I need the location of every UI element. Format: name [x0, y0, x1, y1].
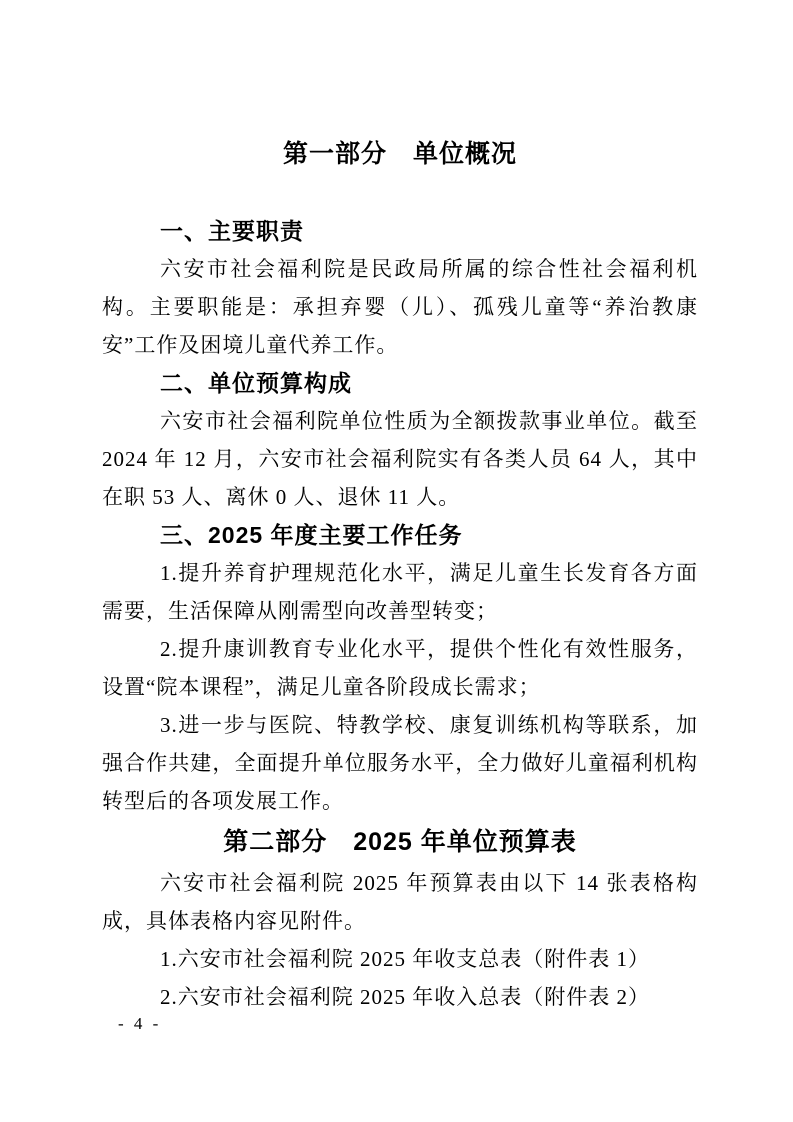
page-number: - 4 - [118, 1014, 161, 1034]
table-list-item-1: 1.六安市社会福利院 2025 年收支总表（附件表 1） [102, 940, 698, 978]
page-content: 第一部分 单位概况 一、主要职责 六安市社会福利院是民政局所属的综合性社会福利机… [102, 138, 698, 1016]
paragraph-task-1: 1.提升养育护理规范化水平，满足儿童生长发育各方面需要，生活保障从刚需型向改善型… [102, 554, 698, 630]
paragraph-main-duties: 六安市社会福利院是民政局所属的综合性社会福利机构。主要职能是：承担弃婴（儿）、孤… [102, 250, 698, 364]
section-heading-2025-tasks: 三、2025 年度主要工作任务 [102, 516, 698, 554]
part2-title: 第二部分 2025 年单位预算表 [102, 820, 698, 864]
paragraph-task-3: 3.进一步与医院、特教学校、康复训练机构等联系，加强合作共建，全面提升单位服务水… [102, 706, 698, 820]
table-list-item-2: 2.六安市社会福利院 2025 年收入总表（附件表 2） [102, 978, 698, 1016]
section-heading-budget-composition: 二、单位预算构成 [102, 364, 698, 402]
part1-title: 第一部分 单位概况 [102, 138, 698, 170]
paragraph-budget-composition: 六安市社会福利院单位性质为全额拨款事业单位。截至 2024 年 12 月，六安市… [102, 402, 698, 516]
paragraph-part2-intro: 六安市社会福利院 2025 年预算表由以下 14 张表格构成，具体表格内容见附件… [102, 864, 698, 940]
section-heading-main-duties: 一、主要职责 [102, 212, 698, 250]
document-page: 第一部分 单位概况 一、主要职责 六安市社会福利院是民政局所属的综合性社会福利机… [0, 0, 793, 1122]
paragraph-task-2: 2.提升康训教育专业化水平，提供个性化有效性服务，设置“院本课程”，满足儿童各阶… [102, 630, 698, 706]
